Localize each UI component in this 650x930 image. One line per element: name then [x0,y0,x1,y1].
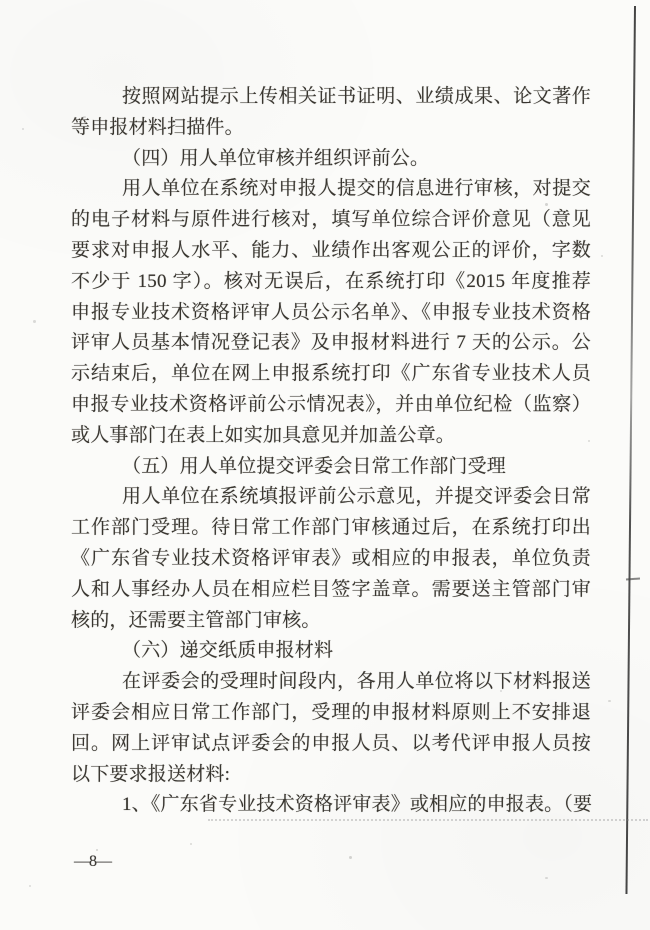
scan-speck [29,885,31,887]
text-line: 回。网上评审试点评委会的申报人员、以考代评申报人员按 [71,729,591,760]
text-line: 在评委会的受理时间段内，各用人单位将以下材料报送 [71,667,591,698]
heading-section-4: （四）用人单位审核并组织评前公。 [71,144,591,175]
scan-speck [96,849,98,851]
text-line: 按照网站提示上传相关证书证明、业绩成果、论文著作 [71,82,591,113]
scan-speck [22,128,24,130]
text-line: 用人单位在系统对申报人提交的信息进行审核，对提交 [71,174,591,205]
scan-speck [564,99,567,101]
text-line: 以下要求报送材料: [71,760,591,791]
text-line: 要求对申报人水平、能力、业绩作出客观公正的评价，字数 [71,236,591,267]
list-item-1: 1、《广东省专业技术资格评审表》或相应的申报表。（要 [71,790,591,821]
scanned-document-page: 按照网站提示上传相关证书证明、业绩成果、论文著作 等申报材料扫描件。 （四）用人… [0,0,650,930]
scan-speck [138,187,140,189]
scan-speck [545,877,548,879]
scan-speck [608,700,611,702]
scan-tick-mark [626,578,640,581]
page-number: —8— [74,853,111,871]
text-line: 申报专业技术资格评前公示情况表》，并由单位纪检（监察） [71,390,591,421]
scan-speck [545,203,548,206]
document-body: 按照网站提示上传相关证书证明、业绩成果、论文著作 等申报材料扫描件。 （四）用人… [71,82,591,821]
scan-noise-streak [208,819,648,821]
text-line: 评审人员基本情况登记表》及申报材料进行 7 天的公示。公 [71,328,591,359]
scan-edge-line [625,6,635,894]
text-line: 用人单位在系统填报评前公示意见，并提交评委会日常 [71,482,591,513]
scan-speck [349,856,352,859]
scan-speck [33,320,36,323]
heading-section-6: （六）递交纸质申报材料 [71,636,591,667]
text-line: 示结束后，单位在网上申报系统打印《广东省专业技术人员 [71,359,591,390]
text-line: 不少于 150 字）。核对无误后，在系统打印《2015 年度推荐 [71,267,591,298]
scan-speck [601,255,603,257]
text-line: 评委会相应日常工作部门，受理的申报材料原则上不安排退 [71,698,591,729]
scan-speck [500,690,502,692]
heading-section-5: （五）用人单位提交评委会日常工作部门受理 [71,452,591,483]
scan-speck [83,116,86,118]
text-line: 或人事部门在表上如实加具意见并加盖公章。 [71,421,591,452]
scan-speck [588,440,590,442]
text-line: 《广东省专业技术资格评审表》或相应的申报表，单位负责 [71,544,591,575]
text-line: 等申报材料扫描件。 [71,113,591,144]
scan-speck [190,843,192,845]
text-line: 的电子材料与原件进行核对，填写单位综合评价意见（意见 [71,205,591,236]
text-line: 核的，还需要主管部门审核。 [71,606,591,637]
text-line: 申报专业技术资格评审人员公示名单》、《申报专业技术资格 [71,298,591,329]
text-line: 人和人事经办人员在相应栏目签字盖章。需要送主管部门审 [71,575,591,606]
text-line: 工作部门受理。待日常工作部门审核通过后，在系统打印出 [71,513,591,544]
